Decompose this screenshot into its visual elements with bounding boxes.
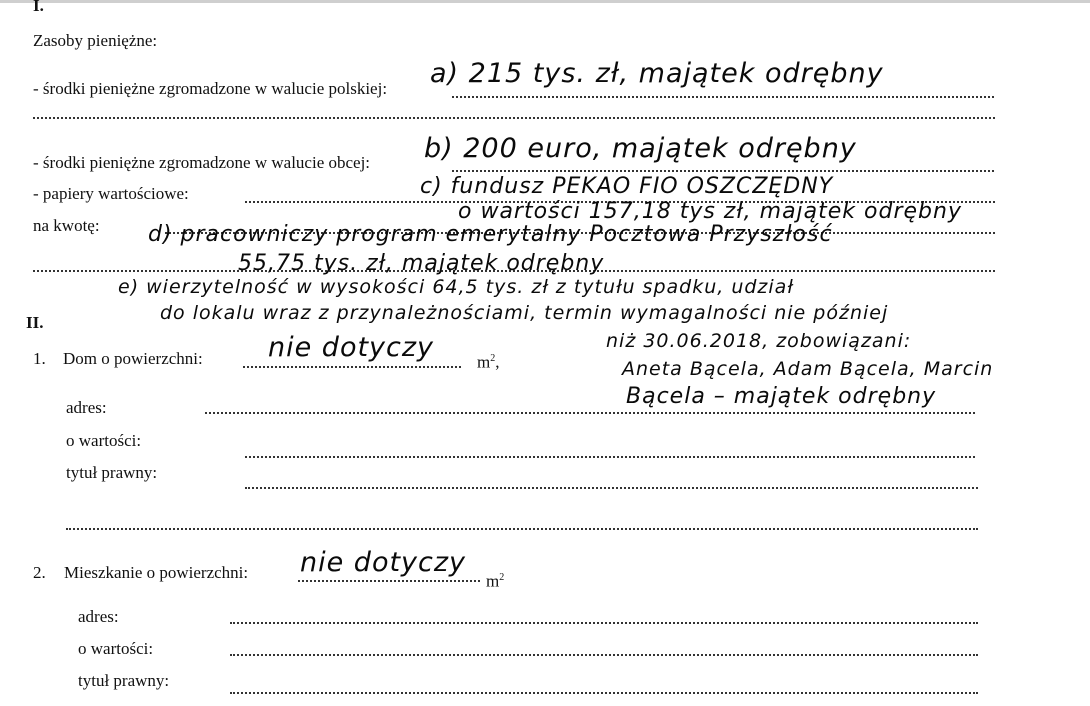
- house-value-label: o wartości:: [66, 431, 141, 451]
- house-area-handwritten: nie dotyczy: [268, 332, 434, 363]
- apartment-area-unit: m2: [486, 568, 504, 592]
- amount-handwritten-line1: d) pracowniczy program emerytalny Poczto…: [148, 222, 833, 247]
- apartment-number: 2.: [33, 563, 46, 583]
- house-area-field[interactable]: [243, 366, 461, 368]
- house-title-label: tytuł prawny:: [66, 463, 157, 483]
- section-1-title: Zasoby pieniężne:: [33, 31, 157, 51]
- house-title-field[interactable]: [245, 487, 978, 489]
- section-2-numeral: II.: [26, 313, 43, 333]
- house-address-label: adres:: [66, 398, 107, 418]
- house-address-field[interactable]: [205, 412, 975, 414]
- house-area-label: Dom o powierzchni:: [63, 349, 203, 369]
- foreign-currency-handwritten: b) 200 euro, majątek odrębny: [424, 133, 857, 164]
- note-e-line3: niż 30.06.2018, zobowiązani:: [606, 330, 911, 352]
- page-top-edge: [0, 0, 1090, 3]
- foreign-currency-field[interactable]: [452, 170, 994, 172]
- polish-currency-field-continued[interactable]: [33, 117, 995, 119]
- house-area-unit: m2,: [477, 349, 499, 373]
- amount-label: na kwotę:: [33, 216, 100, 236]
- foreign-currency-label: - środki pieniężne zgromadzone w walucie…: [33, 153, 370, 173]
- apartment-area-label: Mieszkanie o powierzchni:: [64, 563, 248, 583]
- apartment-title-label: tytuł prawny:: [78, 671, 169, 691]
- securities-handwritten-line1: c) fundusz PEKAO FIO OSZCZĘDNY: [420, 174, 833, 199]
- note-e-line1: e) wierzytelność w wysokości 64,5 tys. z…: [118, 276, 794, 298]
- polish-currency-handwritten: a) 215 tys. zł, majątek odrębny: [430, 58, 884, 89]
- amount-handwritten-line2: 55,75 tys. zł, majątek odrębny: [238, 251, 604, 276]
- securities-handwritten-line2: o wartości 157,18 tys zł, majątek odrębn…: [458, 199, 962, 224]
- note-e-line4: Aneta Bącela, Adam Bącela, Marcin: [622, 358, 993, 380]
- apartment-area-field[interactable]: [298, 580, 480, 582]
- note-e-line2: do lokalu wraz z przynależnościami, term…: [160, 302, 888, 324]
- apartment-address-label: adres:: [78, 607, 119, 627]
- securities-label: - papiery wartościowe:: [33, 184, 189, 204]
- apartment-title-field[interactable]: [230, 692, 978, 694]
- apartment-value-field[interactable]: [230, 654, 978, 656]
- polish-currency-field[interactable]: [452, 96, 994, 98]
- polish-currency-label: - środki pieniężne zgromadzone w walucie…: [33, 79, 387, 99]
- apartment-area-handwritten: nie dotyczy: [300, 547, 466, 578]
- section-1-numeral: I.: [33, 0, 44, 16]
- house-value-field[interactable]: [245, 456, 975, 458]
- house-title-field-continued[interactable]: [66, 528, 978, 530]
- house-number: 1.: [33, 349, 46, 369]
- note-e-line5: Bącela – majątek odrębny: [626, 384, 936, 409]
- apartment-value-label: o wartości:: [78, 639, 153, 659]
- apartment-address-field[interactable]: [230, 622, 978, 624]
